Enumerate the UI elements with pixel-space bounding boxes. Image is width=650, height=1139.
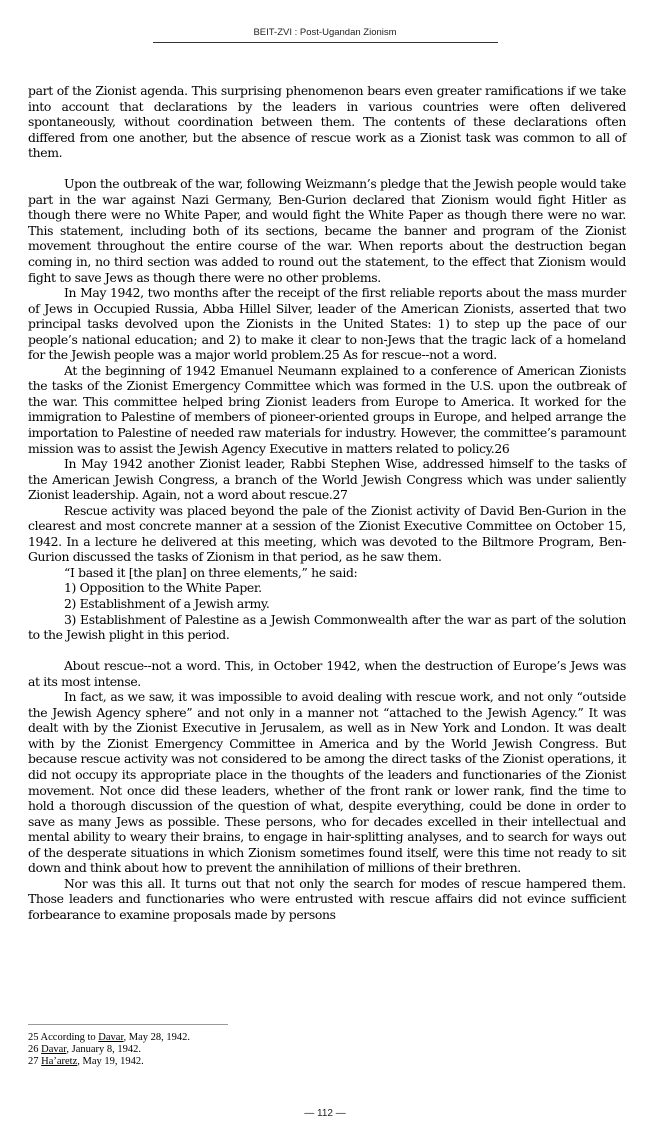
footnote-prefix: According to — [41, 1032, 99, 1043]
footnote-source: Davar — [41, 1044, 66, 1055]
paragraph: In May 1942 another Zionist leader, Rabb… — [28, 456, 626, 503]
footnote-source: Davar — [98, 1032, 123, 1043]
running-header: BEIT-ZVI : Post-Ugandan Zionism — [0, 27, 650, 38]
quote-intro: “I based it [the plan] on three elements… — [28, 565, 626, 581]
footnote-divider — [28, 1024, 228, 1025]
list-item: 3) Establishment of Palestine as a Jewis… — [28, 612, 626, 643]
paragraph: Upon the outbreak of the war, following … — [28, 176, 626, 285]
paragraph: About rescue--not a word. This, in Octob… — [28, 658, 626, 689]
footnote-suffix: , May 28, 1942. — [124, 1032, 191, 1043]
footnote-number: 26 — [28, 1044, 39, 1055]
paragraph: part of the Zionist agenda. This surpris… — [28, 83, 626, 161]
paragraph: Rescue activity was placed beyond the pa… — [28, 503, 626, 565]
body-text: part of the Zionist agenda. This surpris… — [28, 83, 626, 922]
paragraph: In May 1942, two months after the receip… — [28, 285, 626, 363]
footnote-number: 25 — [28, 1032, 39, 1043]
footnote-suffix: , January 8, 1942. — [66, 1044, 141, 1055]
header-divider — [153, 42, 498, 43]
page-number: — 112 — — [0, 1108, 650, 1119]
paragraph: Nor was this all. It turns out that not … — [28, 876, 626, 923]
list-item: 2) Establishment of a Jewish army. — [28, 596, 626, 612]
footnote-source: Ha’aretz — [41, 1056, 77, 1067]
footnote-suffix: , May 19, 1942. — [77, 1056, 144, 1067]
footnote: 26 Davar, January 8, 1942. — [28, 1044, 190, 1056]
paragraph: In fact, as we saw, it was impossible to… — [28, 689, 626, 876]
footnote: 25 According to Davar, May 28, 1942. — [28, 1032, 190, 1044]
footnote-number: 27 — [28, 1056, 39, 1067]
paragraph: At the beginning of 1942 Emanuel Neumann… — [28, 363, 626, 456]
list-item: 1) Opposition to the White Paper. — [28, 580, 626, 596]
footnote: 27 Ha’aretz, May 19, 1942. — [28, 1056, 190, 1068]
footnotes: 25 According to Davar, May 28, 1942. 26 … — [28, 1032, 190, 1069]
